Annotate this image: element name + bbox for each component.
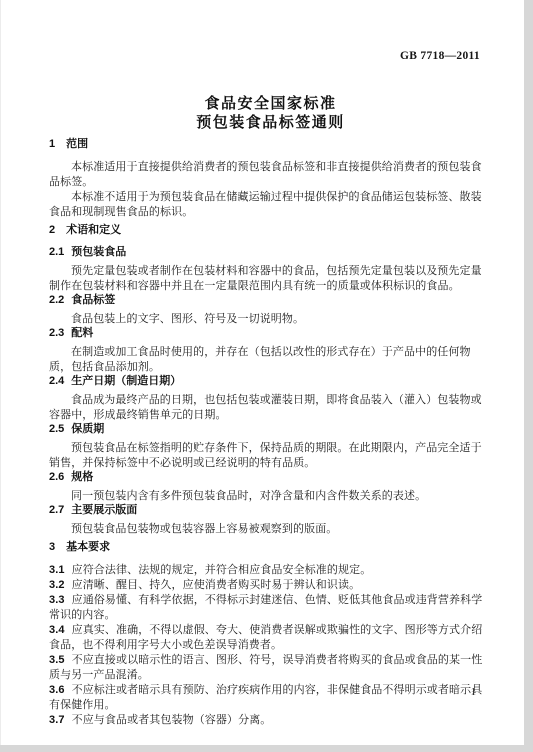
section-heading: 2.2食品标签 bbox=[49, 293, 492, 308]
section-heading: 2.3配料 bbox=[49, 326, 492, 341]
clause-text: 不应与食品或者其包装物（容器）分离。 bbox=[72, 714, 272, 726]
document-page: GB 7718—2011 食品安全国家标准 预包装食品标签通则 1范围本标准适用… bbox=[0, 0, 524, 745]
section-heading: 2术语和定义 bbox=[49, 223, 492, 238]
clause-number: 3.2 bbox=[49, 579, 65, 591]
clause-text: 应通俗易懂、有科学依据，不得标示封建迷信、色情、贬低其他食品或违背营养科学常识的… bbox=[49, 594, 482, 621]
clause-text: 应符合法律、法规的规定，并符合相应食品安全标准的规定。 bbox=[72, 564, 372, 576]
paragraph: 预包装食品包装物或包装容器上容易被观察到的版面。 bbox=[49, 522, 492, 537]
heading-text: 范围 bbox=[66, 138, 88, 150]
paragraph: 本标准适用于直接提供给消费者的预包装食品标签和非直接提供给消费者的预包装食品标签… bbox=[49, 160, 492, 190]
paragraph: 预包装食品在标签指明的贮存条件下，保持品质的期限。在此期限内，产品完全适于销售，… bbox=[49, 441, 492, 471]
heading-number: 2.6 bbox=[49, 471, 64, 483]
clause: 3.4应真实、准确，不得以虚假、夸大、使消费者误解或欺骗性的文字、图形等方式介绍… bbox=[49, 623, 492, 653]
clause-text: 不应标注或者暗示具有预防、治疗疾病作用的内容，非保健食品不得明示或者暗示具有保健… bbox=[49, 684, 482, 711]
paragraph: 食品成为最终产品的日期，也包括包装或灌装日期，即将食品装入（灌入）包装物或容器中… bbox=[49, 393, 492, 423]
heading-text: 食品标签 bbox=[71, 294, 115, 306]
heading-number: 2.5 bbox=[49, 423, 64, 435]
section-heading: 2.7主要展示版面 bbox=[49, 503, 492, 518]
paragraph: 在制造或加工食品时使用的，并存在（包括以改性的形式存在）于产品中的任何物质，包括… bbox=[49, 345, 492, 375]
clause-text: 应真实、准确，不得以虚假、夸大、使消费者误解或欺骗性的文字、图形等方式介绍食品，… bbox=[49, 624, 482, 651]
section-heading: 2.5保质期 bbox=[49, 422, 492, 437]
heading-number: 2.7 bbox=[49, 504, 64, 516]
heading-number: 3 bbox=[49, 541, 55, 553]
clause: 3.1应符合法律、法规的规定，并符合相应食品安全标准的规定。 bbox=[49, 563, 492, 578]
clause-number: 3.7 bbox=[49, 714, 65, 726]
section-heading: 2.4生产日期（制造日期） bbox=[49, 374, 492, 389]
heading-text: 生产日期（制造日期） bbox=[71, 375, 181, 387]
heading-number: 2.4 bbox=[49, 375, 64, 387]
heading-number: 2 bbox=[49, 224, 55, 236]
heading-text: 术语和定义 bbox=[66, 224, 121, 236]
document-title: 食品安全国家标准 预包装食品标签通则 bbox=[49, 94, 492, 132]
clause-number: 3.4 bbox=[49, 624, 65, 636]
heading-text: 配料 bbox=[71, 327, 93, 339]
document-title-line2: 预包装食品标签通则 bbox=[49, 113, 492, 132]
heading-number: 2.2 bbox=[49, 294, 64, 306]
heading-text: 保质期 bbox=[71, 423, 104, 435]
document-title-line1: 食品安全国家标准 bbox=[49, 94, 492, 113]
clause-text: 应清晰、醒目、持久，应使消费者购买时易于辨认和识读。 bbox=[72, 579, 361, 591]
page-number: 1 bbox=[471, 687, 476, 698]
section-heading: 2.6规格 bbox=[49, 470, 492, 485]
standard-code: GB 7718—2011 bbox=[49, 50, 492, 62]
clause-number: 3.5 bbox=[49, 654, 65, 666]
heading-number: 2.3 bbox=[49, 327, 64, 339]
clause-number: 3.6 bbox=[49, 684, 65, 696]
clause: 3.6不应标注或者暗示具有预防、治疗疾病作用的内容，非保健食品不得明示或者暗示具… bbox=[49, 683, 492, 713]
clause: 3.2应清晰、醒目、持久，应使消费者购买时易于辨认和识读。 bbox=[49, 578, 492, 593]
heading-text: 预包装食品 bbox=[71, 246, 126, 258]
clause: 3.5不应直接或以暗示性的语言、图形、符号，误导消费者将购买的食品或食品的某一性… bbox=[49, 653, 492, 683]
clause-number: 3.1 bbox=[49, 564, 65, 576]
paragraph: 预先定量包装或者制作在包装材料和容器中的食品，包括预先定量包装以及预先定量制作在… bbox=[49, 264, 492, 294]
clause: 3.7不应与食品或者其包装物（容器）分离。 bbox=[49, 713, 492, 728]
heading-number: 2.1 bbox=[49, 246, 64, 258]
section-heading: 1范围 bbox=[49, 137, 492, 152]
heading-text: 主要展示版面 bbox=[71, 504, 137, 516]
section-heading: 2.1预包装食品 bbox=[49, 245, 492, 260]
section-heading: 3基本要求 bbox=[49, 540, 492, 555]
paragraph: 同一预包装内含有多件预包装食品时，对净含量和内含件数关系的表述。 bbox=[49, 489, 492, 504]
paragraph: 本标准不适用于为预包装食品在储藏运输过程中提供保护的食品储运包装标签、散装食品和… bbox=[49, 190, 492, 220]
document-body: 1范围本标准适用于直接提供给消费者的预包装食品标签和非直接提供给消费者的预包装食… bbox=[49, 137, 492, 728]
heading-text: 基本要求 bbox=[66, 541, 110, 553]
heading-number: 1 bbox=[49, 138, 55, 150]
clause-text: 不应直接或以暗示性的语言、图形、符号，误导消费者将购买的食品或食品的某一性质与另… bbox=[49, 654, 482, 681]
clause-number: 3.3 bbox=[49, 594, 65, 606]
paragraph: 食品包装上的文字、图形、符号及一切说明物。 bbox=[49, 312, 492, 327]
clause: 3.3应通俗易懂、有科学依据，不得标示封建迷信、色情、贬低其他食品或违背营养科学… bbox=[49, 593, 492, 623]
heading-text: 规格 bbox=[71, 471, 93, 483]
